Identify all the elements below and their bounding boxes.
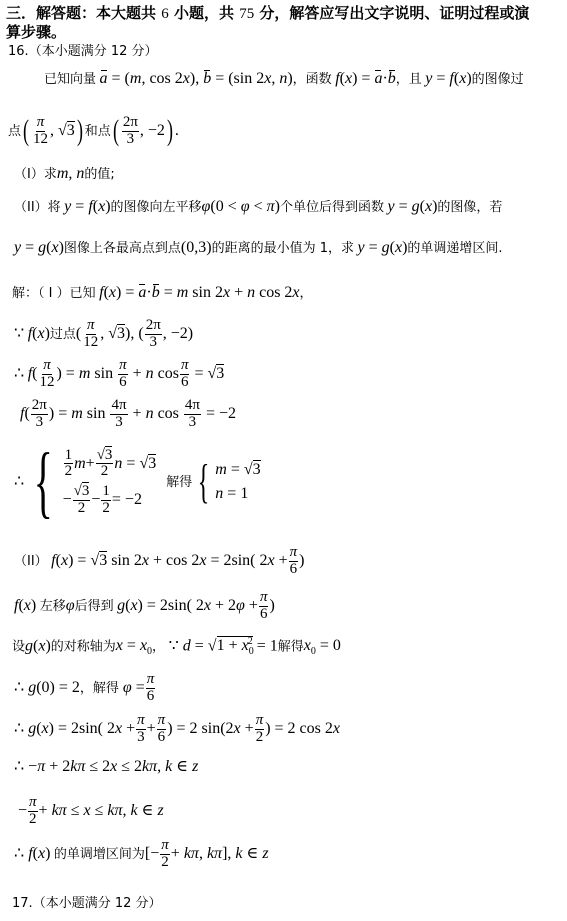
numerator: π — [118, 358, 128, 375]
solution-line-4: f(2π3) = m sin 4π3 + n cos 4π3 = −2 — [20, 398, 236, 431]
because-symbol: ∵ — [14, 326, 24, 342]
problem-16-part1: （I）求m, n的值; — [14, 166, 115, 182]
denominator: 12 — [32, 132, 49, 148]
denominator: 6 — [180, 375, 190, 391]
solution-line-13: ∴ f(x) 的单调增区间为[−π2+ kπ, kπ], k ∈ z — [14, 838, 269, 871]
solution-text: 设 — [12, 639, 25, 654]
denominator: 12 — [38, 375, 55, 391]
part-text: 个单位后得到函数 — [280, 200, 384, 215]
stem-text: 和点 — [85, 125, 111, 138]
denominator: 3 — [114, 415, 124, 431]
total-score: 75 — [239, 6, 254, 22]
solution-line-11: ∴ −π + 2kπ ≤ 2x ≤ 2kπ, k ∈ z — [14, 759, 198, 775]
solution-text: 左移 — [40, 600, 66, 613]
solution-line-1: 解：（ I ）已知 f(x) = a·b = m sin 2x + n cos … — [12, 285, 313, 301]
problem-16-stem-line1: 已知向量 a = (m, cos 2x), b = (sin 2x, n)，函数… — [44, 71, 524, 87]
solution-system: ∴ { 12m+√32n = √3 −√32−12= −2 解得 { m = √… — [14, 442, 261, 522]
numerator: 2π — [31, 398, 48, 415]
equation-system: 12m+√32n = √3 −√32−12= −2 — [63, 448, 157, 517]
denominator: 3 — [188, 415, 198, 431]
solution-line-3: ∴ f(π12) = m sin π6 + n cosπ6 = √3 — [14, 358, 224, 391]
problem-number: 17. — [12, 896, 33, 911]
part-label: （II）将 — [14, 200, 61, 215]
numerator: π — [180, 358, 190, 375]
question-count: 6 — [161, 6, 169, 22]
solution-line-12: −π2+ kπ ≤ x ≤ kπ, k ∈ z — [18, 795, 164, 828]
part-label: （II） — [14, 555, 48, 568]
solution-line-7: f(x) 左移φ后得到 g(x) = 2sin( 2x + 2φ +π6) — [14, 590, 275, 623]
problem-17-label: 17.（本小题满分 12 分） — [12, 897, 162, 910]
section-heading-line2: 算步骤。 — [6, 25, 66, 40]
numerator: π — [86, 318, 96, 335]
numerator: π — [146, 672, 156, 689]
solution-line-6: （II） f(x) = √3 sin 2x + cos 2x = 2sin( 2… — [14, 545, 304, 578]
part-text: 的图像，若 — [437, 200, 502, 215]
stem-text: 的图像过 — [472, 72, 524, 87]
vector-a-definition: a = (m, cos 2x), b = (sin 2x, n) — [100, 70, 293, 87]
solution-line-10: ∴ g(x) = 2sin( 2x +π3+π6) = 2 sin(2x +π2… — [14, 713, 340, 746]
part-text: 的图像向左平移 — [111, 200, 202, 215]
heading-text: 小题，共 — [169, 4, 239, 22]
solution-text: 过点 — [50, 328, 76, 341]
solution-text: 的对称轴为 — [51, 639, 116, 654]
part-label: （I）求 — [14, 167, 57, 182]
solution-text: ， — [152, 639, 165, 654]
numerator: π — [36, 115, 46, 132]
denominator: 3 — [35, 415, 45, 431]
stem-text: 点 — [8, 125, 21, 138]
part-text: 的值; — [84, 167, 114, 182]
part-text: 图像上各最高点到点 — [64, 241, 181, 256]
equation-2: −√32−12= −2 — [63, 484, 157, 517]
solution-line-8: 设g(x)的对称轴为x = x0， ∵ d = √1 + x02 = 1解得x0… — [12, 637, 341, 658]
numerator: π — [42, 358, 52, 375]
numerator: 2π — [122, 115, 139, 132]
part-text: 的距离的最小值为 1，求 — [212, 241, 354, 256]
fraction-pi-over-12: π12 — [32, 115, 49, 148]
solution-text: 解得 — [93, 682, 119, 695]
denominator: 6 — [289, 562, 299, 578]
therefore-symbol: ∴ — [14, 366, 24, 382]
denominator: 6 — [259, 607, 269, 623]
denominator: 6 — [118, 375, 128, 391]
function-f-definition: f(x) = a·b — [335, 70, 396, 87]
solution-text: 的单调增区间为 — [54, 848, 145, 861]
solution-line-2: ∵ f(x) 过点 (π12, √3), (2π3, −2) — [14, 318, 193, 351]
problem-16-label: 16.（本小题满分 12 分） — [8, 45, 158, 58]
heading-text: 三．解答题：本大题共 — [6, 4, 161, 22]
numerator: π — [259, 590, 269, 607]
stem-text: ，且 — [396, 72, 422, 87]
numerator: 4π — [184, 398, 201, 415]
equation-1: 12m+√32n = √3 — [63, 448, 157, 481]
denominator: 12 — [82, 335, 99, 351]
problem-score: （本小题满分 12 分） — [29, 44, 158, 59]
problem-score: （本小题满分 12 分） — [33, 896, 162, 911]
denominator: 3 — [126, 132, 136, 148]
solution-label: 解：（ I ）已知 — [12, 286, 96, 301]
stem-text: 已知向量 — [44, 72, 96, 87]
numerator: 4π — [110, 398, 127, 415]
numerator: 2π — [145, 318, 162, 335]
part-text: 的单调递增区间. — [407, 241, 502, 256]
solution-text: 解得 — [166, 476, 192, 489]
therefore-symbol: ∴ — [14, 474, 24, 490]
problem-16-points: 点 (π12, √3) 和点 (2π3, −2). — [8, 115, 179, 148]
denominator: 6 — [146, 689, 156, 705]
problem-number: 16. — [8, 44, 29, 59]
section-heading-line1: 三．解答题：本大题共 6 小题，共 75 分，解答应写出文字说明、证明过程或演 — [6, 6, 529, 22]
heading-text: 分，解答应写出文字说明、证明过程或演 — [254, 4, 529, 22]
problem-16-part2-line2: y = g(x)图像上各最高点到点(0,3)的距离的最小值为 1，求 y = g… — [14, 240, 503, 256]
numerator: π — [289, 545, 299, 562]
solution-values: m = √3 n = 1 — [215, 462, 260, 502]
solution-text: 后得到 — [75, 600, 114, 613]
fraction-2pi-over-3: 2π3 — [122, 115, 139, 148]
solution-line-9: ∴ g(0) = 2，解得 φ =π6 — [14, 672, 156, 705]
y-equals-f: y = f(x) — [425, 70, 471, 87]
solution-text: 解得 — [278, 639, 304, 654]
denominator: 3 — [148, 335, 158, 351]
problem-16-part2-line1: （II）将 y = f(x)的图像向左平移φ(0 < φ < π)个单位后得到函… — [14, 199, 502, 215]
stem-text: ，函数 — [293, 72, 332, 87]
